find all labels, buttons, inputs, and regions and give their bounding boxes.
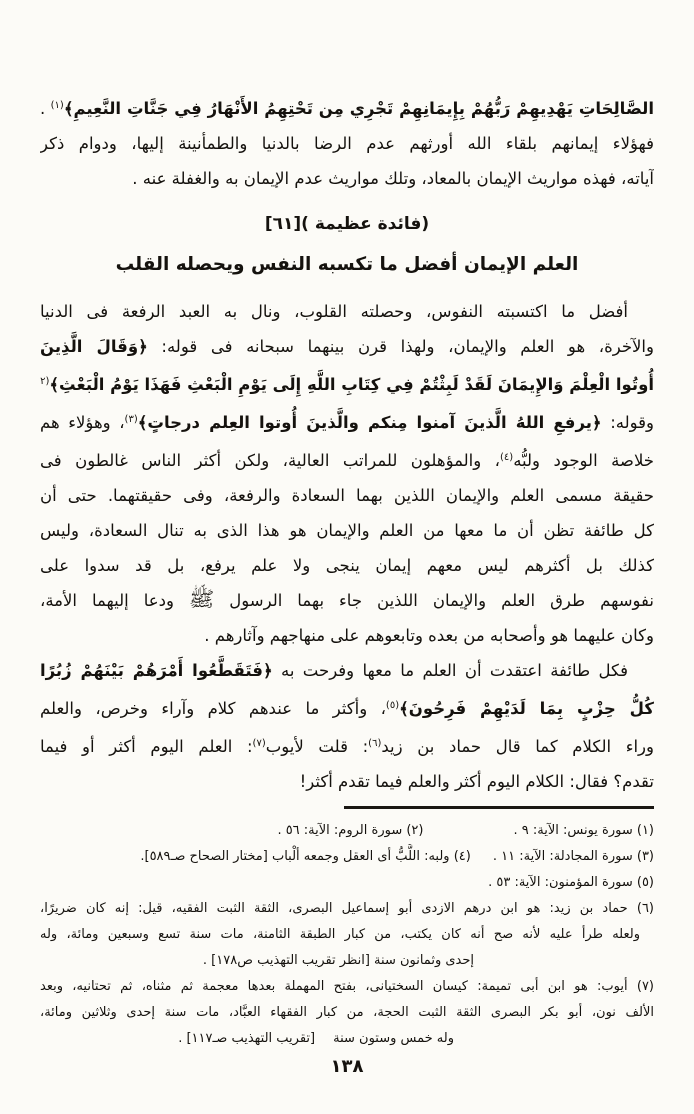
footnote-line: (١) سورة يونس: الآية: ٩ .(٢) سورة الروم:…: [40, 818, 654, 844]
body-line: وكان عليهما هو وأصحابه من بعده وتابعوهم …: [40, 618, 654, 653]
body-line: آياته، فهذه مواريث الإيمان بالمعاد، وتلك…: [40, 161, 654, 196]
text-run: إحدى وثمانون سنة [انظر تقريب التهذيب ص١٧…: [203, 953, 474, 968]
body-line: والآخرة، هو العلم والإيمان، ولهذا قرن بي…: [40, 329, 654, 364]
text-run: والآخرة، هو العلم والإيمان، ولهذا قرن بي…: [148, 337, 654, 356]
text-run: فكل طائفة اعتقدت أن العلم ما معها وفرحت …: [273, 661, 628, 680]
quran-text: الصَّالِحَاتِ يَهْدِيهِمْ رَبُّهُمْ بِإِ…: [64, 99, 654, 118]
text-run: وقوله:: [602, 413, 654, 432]
text-run: [تقريب التهذيب صـ١١٧] .: [178, 1031, 315, 1046]
body-line: وقوله: ﴿يرفعِ اللهُ الَّذينَ آمنوا مِنكم…: [40, 402, 654, 440]
text-run: (٥) سورة المؤمنون: الآية: ٥٣ .: [488, 875, 654, 890]
text-run: ، والمؤهلون للمراتب العالية، ولكن أكثر ا…: [40, 451, 500, 470]
footnote-line: الألف نون، أبو بكر البصرى الثقة الثبت ال…: [40, 1000, 654, 1026]
footnote-marker: (٢): [40, 376, 49, 387]
body-line: نفوسهم طرق العلم والإيمان اللذين جاء بهم…: [40, 583, 654, 618]
body-line: وراء الكلام كما قال حماد بن زيد(٦): قلت …: [40, 726, 654, 764]
footnote-line: ولعله طرأ عليه لأنه صح أنه كان يكتب، من …: [40, 922, 654, 948]
text-run: : العلم اليوم أكثر أو فيما: [40, 737, 253, 756]
text-run: [٦١]( فائدة عظيمة): [265, 214, 429, 234]
footnote-line: (٥) سورة المؤمنون: الآية: ٥٣ .: [40, 870, 654, 896]
footnote-marker: (٣): [125, 414, 138, 425]
text-run: الألف نون، أبو بكر البصرى الثقة الثبت ال…: [40, 1005, 654, 1020]
text-run: وراء الكلام كما قال حماد بن زيد: [381, 737, 654, 756]
footnote-separator: [344, 806, 654, 809]
body-line: تقدم؟ فقال: الكلام اليوم أكثر والعلم فيم…: [40, 764, 654, 799]
text-run: كل طائفة تظن أن ما معها من العلم والإيما…: [40, 521, 654, 540]
text-run: خلاصة الوجود ولبُّه: [513, 451, 654, 470]
book-page-scan: الصَّالِحَاتِ يَهْدِيهِمْ رَبُّهُمْ بِإِ…: [0, 0, 694, 1114]
main-text-block: الصَّالِحَاتِ يَهْدِيهِمْ رَبُّهُمْ بِإِ…: [40, 88, 654, 799]
footnote-line: (٧) أيوب: هو ابن أبى تميمة: كيسان السختي…: [40, 974, 654, 1000]
text-run: ، وأكثر ما عندهم كلام وآراء وخرص، والعلم: [40, 699, 386, 718]
text-run: فهؤلاء إيمانهم بلقاء الله أورثهم عدم الر…: [40, 134, 654, 153]
body-line: كل طائفة تظن أن ما معها من العلم والإيما…: [40, 513, 654, 548]
quran-verse-line: كُلُّ حِزْبٍ بِمَا لَدَيْهِمْ فَرِحُونَ﴾…: [40, 688, 654, 726]
footnote-marker: (١): [51, 100, 64, 111]
quran-text: ﴿فَتَقَطَّعُوا أَمْرَهُمْ بَيْنَهُمْ زُب…: [40, 661, 273, 680]
body-line: كذلك بل أكثرهم ليس معهم إيمان ينجى ولا ع…: [40, 548, 654, 583]
text-run: (٢) سورة الروم: الآية: ٥٦ .: [277, 823, 423, 838]
footnote-marker: (٧): [253, 738, 266, 749]
text-run: وله خمس وستون سنة: [333, 1031, 454, 1046]
pbuh-symbol: ﷺ: [189, 587, 214, 611]
footnote-line: إحدى وثمانون سنة [انظر تقريب التهذيب ص١٧…: [40, 948, 654, 974]
footnotes-block: (١) سورة يونس: الآية: ٩ .(٢) سورة الروم:…: [40, 806, 654, 1052]
text-run: : قلت لأيوب: [266, 737, 368, 756]
quran-text: ﴿وَقَالَ الَّذِينَ: [40, 337, 148, 356]
footnote-marker: (٦): [368, 738, 381, 749]
text-run: ولعله طرأ عليه لأنه صح أنه كان يكتب، من …: [40, 927, 640, 942]
text-run: العلم الإيمان أفضل ما تكسبه النفس ويحصله…: [116, 254, 579, 275]
text-run: آياته، فهذه مواريث الإيمان بالمعاد، وتلك…: [132, 169, 654, 188]
quran-verse-line: أُوتُوا الْعِلْمَ وَالإِيمَانَ لَقَدْ لَ…: [40, 364, 654, 402]
text-run: حقيقة مسمى العلم والإيمان اللذين بهما ال…: [40, 486, 654, 505]
text-run: .: [40, 99, 51, 118]
quran-text: كُلُّ حِزْبٍ بِمَا لَدَيْهِمْ فَرِحُونَ﴾: [399, 699, 654, 718]
text-run: ودعا إليهما الأمة،: [40, 591, 189, 610]
footnote-marker: (٥): [386, 700, 399, 711]
page-number: ١٣٨: [0, 1056, 694, 1077]
text-run: نفوسهم طرق العلم والإيمان اللذين جاء بهم…: [214, 591, 654, 610]
footnote-lines: (١) سورة يونس: الآية: ٩ .(٢) سورة الروم:…: [40, 818, 654, 1052]
text-run: وكان عليهما هو وأصحابه من بعده وتابعوهم …: [204, 626, 654, 645]
text-run: تقدم؟ فقال: الكلام اليوم أكثر والعلم فيم…: [300, 772, 654, 791]
text-run: (٣) سورة المجادلة: الآية: ١١ .: [493, 849, 654, 864]
quran-verse-line: الصَّالِحَاتِ يَهْدِيهِمْ رَبُّهُمْ بِإِ…: [40, 88, 654, 126]
text-run: (١) سورة يونس: الآية: ٩ .: [513, 823, 654, 838]
footnote-marker: (٤): [500, 452, 513, 463]
body-line: أفضل ما اكتسبته النفوس، وحصلته القلوب، و…: [40, 294, 654, 329]
body-line: خلاصة الوجود ولبُّه(٤)، والمؤهلون للمرات…: [40, 440, 654, 478]
text-run: ، وهؤلاء هم: [40, 413, 125, 432]
text-run: (٧) أيوب: هو ابن أبى تميمة: كيسان السختي…: [40, 979, 654, 994]
footnote-line: وله خمس وستون سنة[تقريب التهذيب صـ١١٧] .: [40, 1026, 654, 1052]
text-run: كذلك بل أكثرهم ليس معهم إيمان ينجى ولا ع…: [40, 556, 654, 575]
text-run: (٦) حماد بن زيد: هو ابن درهم الازدى أبو …: [40, 901, 654, 916]
footnote-line: (٣) سورة المجادلة: الآية: ١١ .(٤) ولبه: …: [40, 844, 654, 870]
text-run: أفضل ما اكتسبته النفوس، وحصلته القلوب، و…: [40, 302, 628, 321]
section-number-heading: [٦١]( فائدة عظيمة): [40, 204, 654, 244]
quran-text: أُوتُوا الْعِلْمَ وَالإِيمَانَ لَقَدْ لَ…: [49, 375, 654, 394]
quran-text: ﴿يرفعِ اللهُ الَّذينَ آمنوا مِنكم والَّذ…: [138, 413, 602, 432]
body-line: حقيقة مسمى العلم والإيمان اللذين بهما ال…: [40, 478, 654, 513]
section-title-heading: العلم الإيمان أفضل ما تكسبه النفس ويحصله…: [40, 244, 654, 286]
body-line: فهؤلاء إيمانهم بلقاء الله أورثهم عدم الر…: [40, 126, 654, 161]
body-line: فكل طائفة اعتقدت أن العلم ما معها وفرحت …: [40, 653, 654, 688]
text-run: (٤) ولبه: اللُّبُّ أى العقل وجمعه ألْباب…: [140, 849, 471, 864]
footnote-line: (٦) حماد بن زيد: هو ابن درهم الازدى أبو …: [40, 896, 654, 922]
